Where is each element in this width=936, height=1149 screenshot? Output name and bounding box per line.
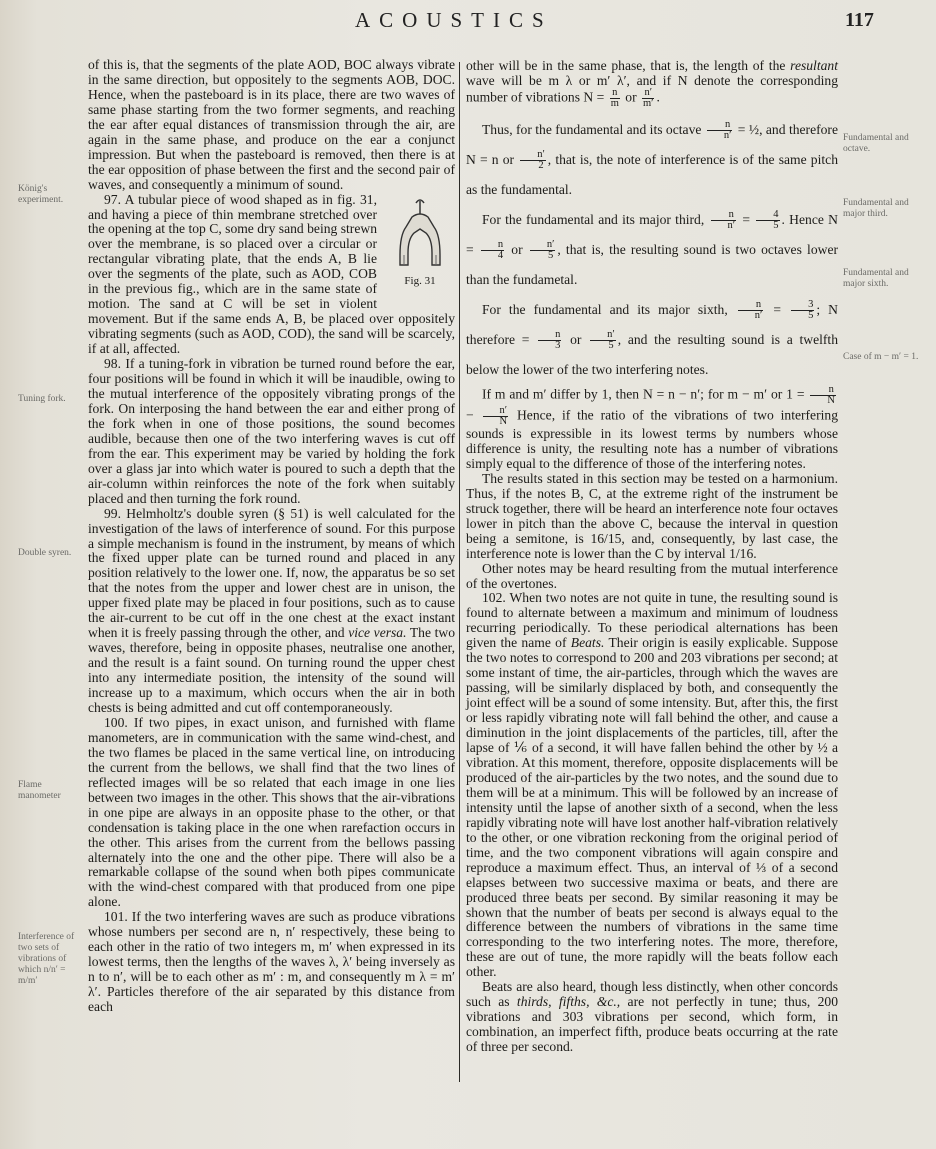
fraction: 35 — [791, 300, 814, 321]
paragraph-concords: Beats are also heard, though less distin… — [466, 980, 838, 1055]
tubular-wood-figure-icon — [390, 193, 450, 273]
paragraph-100: 100. If two pipes, in exact unison, and … — [88, 716, 455, 910]
paragraph-difference-unity: If m and m′ differ by 1, then N = n − n′… — [466, 385, 838, 472]
paragraph-101: 101. If the two interfering waves are su… — [88, 910, 455, 1015]
fraction: nn′ — [738, 300, 764, 321]
margin-note-interference: Interference of two sets of vibrations o… — [18, 932, 86, 987]
fraction: nN — [810, 385, 836, 406]
running-title: ACOUSTICS — [355, 8, 553, 33]
book-page: ACOUSTICS 117 König's experiment. Tuning… — [0, 0, 936, 1149]
fraction: n′N — [483, 406, 509, 427]
margin-note-case-m: Case of m − m′ = 1. — [843, 352, 923, 363]
paragraph-resultant-wave: other will be in the same phase, that is… — [466, 58, 838, 109]
paragraph-continued: of this is, that the segments of the pla… — [88, 58, 455, 193]
fraction: n′5 — [590, 330, 616, 351]
paragraph-98: 98. If a tuning-fork in vibration be tur… — [88, 357, 455, 507]
margin-note-double-syren: Double syren. — [18, 548, 86, 559]
fraction: n4 — [481, 240, 504, 261]
column-divider — [459, 62, 460, 1082]
paragraph-major-third: For the fundamental and its major third,… — [466, 205, 838, 295]
paragraph-97: Fig. 31 97. A tubular piece of wood shap… — [88, 193, 455, 357]
fraction: n′5 — [530, 240, 556, 261]
fraction: nn′ — [711, 210, 737, 231]
paragraph-102: 102. When two notes are not quite in tun… — [466, 591, 838, 980]
fraction: n3 — [538, 330, 561, 351]
margin-note-flame-manometer: Flame manometer — [18, 780, 86, 802]
paragraph-major-sixth: For the fundamental and its major sixth,… — [466, 295, 838, 385]
figure-31: Fig. 31 — [385, 193, 455, 303]
margin-note-koenig: König's experiment. — [18, 184, 86, 206]
paragraph-octave: Thus, for the fundamental and its octave… — [466, 115, 838, 205]
paragraph-harmonium: The results stated in this section may b… — [466, 472, 838, 562]
margin-note-fundamental-sixth: Fundamental and major sixth. — [843, 268, 923, 290]
margin-note-fundamental-octave: Fundamental and octave. — [843, 133, 923, 155]
fraction: nm — [610, 88, 620, 109]
running-head: ACOUSTICS 117 — [0, 6, 936, 36]
fraction: nn′ — [707, 120, 733, 141]
fraction: 45 — [756, 210, 779, 231]
left-column: of this is, that the segments of the pla… — [88, 58, 455, 1015]
margin-note-tuning-fork: Tuning fork. — [18, 394, 86, 405]
page-number: 117 — [845, 9, 874, 32]
fraction: n′2 — [520, 150, 546, 171]
margin-note-fundamental-third: Fundamental and major third. — [843, 198, 923, 220]
fraction: n′m′ — [642, 88, 654, 109]
paragraph-overtones: Other notes may be heard resulting from … — [466, 562, 838, 592]
right-column: other will be in the same phase, that is… — [466, 58, 838, 1055]
figure-caption: Fig. 31 — [404, 275, 435, 287]
paragraph-99: 99. Helmholtz's double syren (§ 51) is w… — [88, 507, 455, 716]
